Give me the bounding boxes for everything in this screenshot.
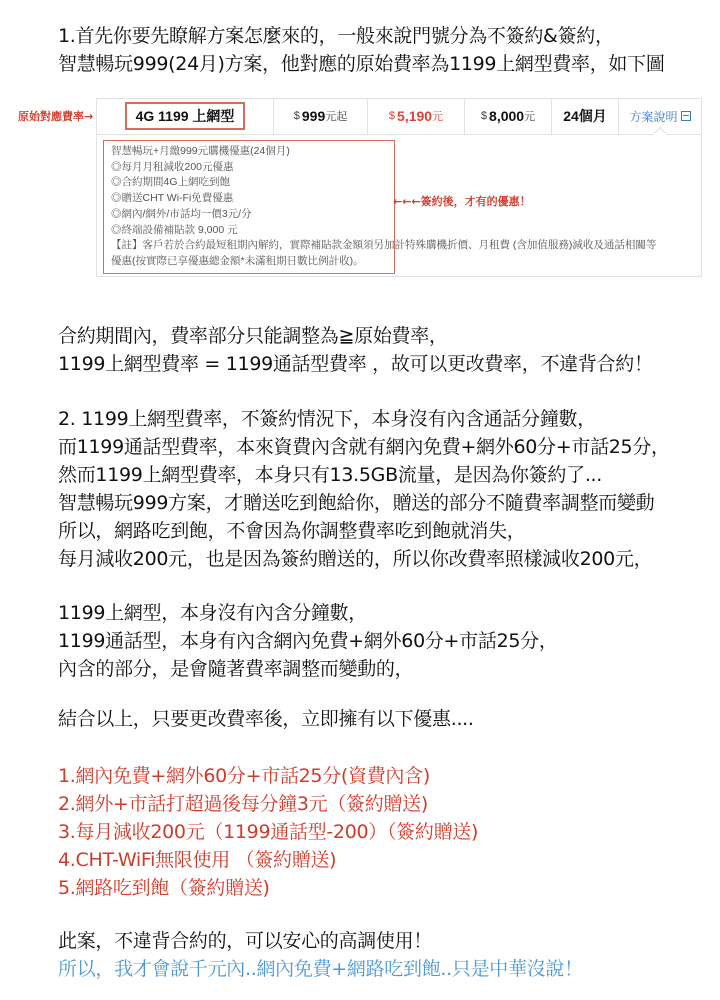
section-2-line: 然而1199上網型費率，本身只有13.5GB流量，是因為你簽約了... — [58, 461, 670, 489]
plan-name-cell: 4G 1199 上網型 — [97, 98, 274, 134]
rate-line: 合約期間內，費率部分只能調整為≧原始費率， — [58, 322, 653, 350]
section-3-line: 1199上網型，本身沒有內含分鐘數， — [58, 599, 558, 627]
intro-paragraph: 1.首先你要先瞭解方案怎麼來的，一般來說門號分為不簽約&簽約， 智慧暢玩999(… — [58, 22, 665, 78]
monthly-fee-cell: $ 999 元起 — [274, 98, 368, 134]
benefit-item: 4.CHT-WiFi無限使用 （簽約贈送) — [58, 846, 478, 874]
benefit-item: 2.網外+市話打超過後每分鐘3元（簽約贈送) — [58, 790, 478, 818]
section-2-line: 而1199通話型費率，本來資費內含就有網內免費+網外60分+市話25分， — [58, 433, 670, 461]
section-2-line: 2. 1199上網型費率，不簽約情況下，本身沒有內含通話分鐘數， — [58, 405, 670, 433]
plan-name: 4G 1199 上網型 — [125, 102, 246, 130]
rate-line: 1199上網型費率 = 1199通話型費率 ，故可以更改費率，不違背合約！ — [58, 350, 653, 378]
currency-symbol: $ — [481, 110, 487, 122]
collapse-icon[interactable] — [681, 111, 691, 121]
subsidy-cell: $ 8,000 元 — [465, 98, 552, 134]
conclusion-highlight: 所以，我才會說千元內..網內免費+網路吃到飽..只是中華沒說！ — [58, 955, 583, 983]
section-2-line: 每月減收200元，也是因為簽約贈送的，所以你改費率照樣減收200元， — [58, 545, 670, 573]
plan-detail-line: ◎贈送CHT Wi-Fi免費優惠 — [111, 191, 656, 207]
device-price-amount: 5,190 — [397, 108, 432, 124]
conclusion-line: 此案，不違背合約的，可以安心的高調使用！ — [58, 927, 583, 955]
plan-detail-line: 智慧暢玩+月繳999元購機優惠(24個月) — [111, 144, 656, 160]
conclusion: 此案，不違背合約的，可以安心的高調使用！ 所以，我才會說千元內..網內免費+網路… — [58, 927, 583, 983]
original-rate-label: 原始對應費率→ — [18, 108, 93, 124]
plan-detail-line: ◎每月月租減收200元優惠 — [111, 160, 656, 176]
plan-detail-note: 【註】客戶若於合約最短租期內解約，實際補貼款金額須另加計特殊購機折價、月租費 (… — [111, 238, 656, 254]
plan-detail-note: 優惠(按實際已享優惠總金額*未滿租期日數比例計收)。 — [111, 254, 656, 270]
summary-intro: 結合以上，只要更改費率後，立即擁有以下優惠.... — [58, 705, 474, 733]
benefit-item: 1.網內免費+網外60分+市話25分(資費內含) — [58, 762, 478, 790]
plan-detail-line: ◎終端設備補貼款 9,000 元 — [111, 223, 656, 239]
section-3-line: 1199通話型，本身有內含網內免費+網外60分+市話25分， — [58, 627, 558, 655]
section-2-paragraph: 2. 1199上網型費率，不簽約情況下，本身沒有內含通話分鐘數， 而1199通話… — [58, 405, 670, 573]
benefits-list: 1.網內免費+網外60分+市話25分(資費內含) 2.網外+市話打超過後每分鐘3… — [58, 762, 478, 902]
contract-length-cell: 24個月 — [552, 98, 619, 134]
rate-paragraph: 合約期間內，費率部分只能調整為≧原始費率， 1199上網型費率 = 1199通話… — [58, 322, 653, 378]
contract-length: 24個月 — [563, 106, 607, 126]
plan-details: 智慧暢玩+月繳999元購機優惠(24個月) ◎每月月租減收200元優惠 ◎合約期… — [111, 144, 656, 270]
section-2-line: 所以，網路吃到飽，不會因為你調整費率吃到飽就消失， — [58, 517, 670, 545]
plan-details-link[interactable]: 方案說明 — [629, 108, 677, 125]
plan-detail-line: ◎網內/網外/市話均一價3元/分 — [111, 207, 656, 223]
monthly-fee-amount: 999 — [302, 108, 325, 124]
intro-line: 智慧暢玩999(24月)方案，他對應的原始費率為1199上網型費率，如下圖 — [58, 50, 665, 78]
benefit-item: 3.每月減收200元（1199通話型-200）（簽約贈送) — [58, 818, 478, 846]
plan-detail-line: ◎合約期間4G上網吃到飽 — [111, 175, 656, 191]
after-contract-note: ←←←簽約後，才有的優惠！ — [393, 193, 531, 209]
plan-table: 4G 1199 上網型 $ 999 元起 $ 5,190 元 $ 8,000 元… — [96, 98, 702, 277]
subsidy-unit: 元 — [524, 108, 535, 124]
section-2-line: 智慧暢玩999方案，才贈送吃到飽給你，贈送的部分不隨費率調整而變動 — [58, 489, 670, 517]
intro-line: 1.首先你要先瞭解方案怎麼來的，一般來說門號分為不簽約&簽約， — [58, 22, 665, 50]
device-price-unit: 元 — [432, 108, 443, 124]
currency-symbol: $ — [294, 110, 300, 122]
monthly-fee-unit: 元起 — [325, 108, 347, 124]
benefit-item: 5.網路吃到飽（簽約贈送) — [58, 874, 478, 902]
subsidy-amount: 8,000 — [489, 108, 524, 124]
section-3-line: 內含的部分，是會隨著費率調整而變動的， — [58, 655, 558, 683]
section-3-paragraph: 1199上網型，本身沒有內含分鐘數， 1199通話型，本身有內含網內免費+網外6… — [58, 599, 558, 683]
plan-table-header-row: 4G 1199 上網型 $ 999 元起 $ 5,190 元 $ 8,000 元… — [97, 98, 701, 135]
device-price-cell: $ 5,190 元 — [368, 98, 465, 134]
currency-symbol: $ — [389, 110, 395, 122]
